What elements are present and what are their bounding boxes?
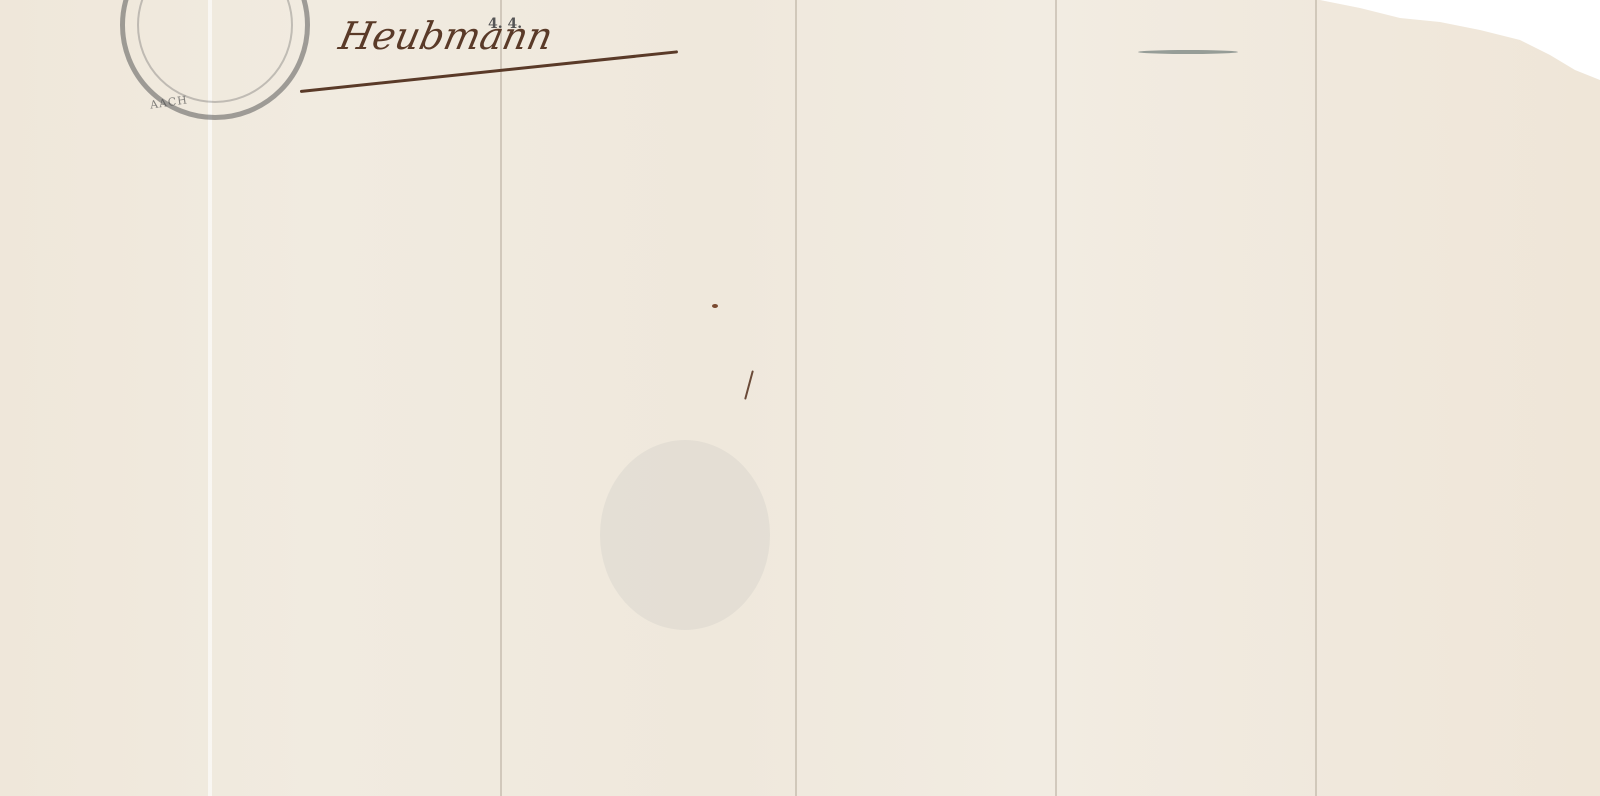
fold-line bbox=[795, 0, 797, 796]
fold-line bbox=[1315, 0, 1317, 796]
document-page: AACH 4. 4. Heubmann bbox=[0, 0, 1600, 796]
ink-speck bbox=[1138, 50, 1238, 54]
official-stamp bbox=[120, 0, 310, 120]
bleed-through-stamp bbox=[600, 440, 770, 630]
ink-speck bbox=[744, 370, 754, 399]
fold-line bbox=[500, 0, 502, 796]
fold-line bbox=[1055, 0, 1057, 796]
ink-speck bbox=[712, 304, 718, 308]
signature: Heubmann bbox=[335, 14, 556, 58]
